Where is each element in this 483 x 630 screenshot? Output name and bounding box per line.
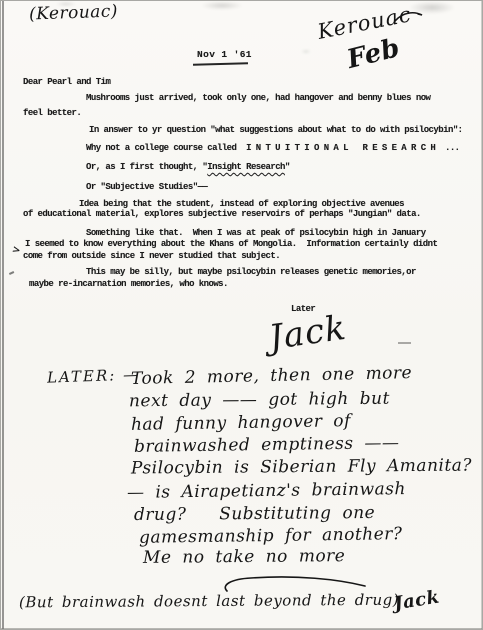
- typed-line: maybe re-incarnation memories, who knows…: [29, 278, 228, 290]
- scan-edge-right: [481, 1, 482, 629]
- postscript-line: brainwashed emptiness ——: [134, 433, 400, 457]
- postscript-line: Took 2 more, then one more: [131, 363, 413, 389]
- typed-line: Or "Subjective Studies"——: [86, 181, 207, 193]
- month-note-handwriting: Feb: [344, 33, 403, 75]
- letter-date: Nov 1 '61: [197, 49, 252, 61]
- pen-tick-mark: [9, 271, 14, 274]
- footnote-signature-handwriting: Jack: [393, 587, 441, 615]
- typed-segment: ": [285, 162, 290, 172]
- typed-line: of educational material, explores subjec…: [23, 208, 421, 220]
- scanned-letter-page: (Kerouac) Kerouac Feb Nov 1 '61 Dear Pea…: [0, 0, 483, 630]
- typed-line: Mushrooms just arrived, took only one, h…: [86, 92, 430, 104]
- scan-smudge: [301, 49, 311, 54]
- typed-line: come from outside since I never studied …: [23, 250, 280, 262]
- typed-line: I seemed to know everything about the Kh…: [25, 238, 437, 250]
- postscript-line: Me no take no more: [143, 546, 345, 568]
- typed-line: This may be silly, but maybe psilocybin …: [86, 266, 416, 278]
- postscript-line: Psilocybin is Siberian Fly Amanita?: [131, 456, 472, 479]
- scan-edge-left: [2, 1, 4, 629]
- postscript-label: LATER: —: [47, 365, 141, 386]
- archive-note-handwriting: (Kerouac): [29, 1, 119, 24]
- typed-line: Or, as I first thought, "Insight Researc…: [86, 161, 290, 173]
- postscript-line: drug? Substituting one: [134, 503, 375, 525]
- margin-mark: >: [11, 244, 22, 257]
- pen-flourish-stroke: [393, 9, 425, 25]
- postscript-line: gamesmanship for another?: [139, 524, 403, 548]
- typed-line: feel better.: [23, 107, 81, 119]
- scan-edge-bottom: [1, 628, 482, 629]
- signature-handwriting: Jack: [267, 308, 349, 358]
- scan-mark: [398, 342, 411, 344]
- footnote-handwriting: (But brainwash doesnt last beyond the dr…: [19, 591, 399, 612]
- typed-line: In answer to yr question "what suggestio…: [89, 124, 463, 136]
- date-underline: [193, 62, 248, 65]
- postscript-line: next day —— got high but: [129, 389, 390, 412]
- typed-segment: Or, as I first thought, ": [86, 162, 207, 172]
- postscript-line: had funny hangover of: [131, 411, 351, 435]
- typed-segment-scribbled: Insight Research: [207, 162, 285, 172]
- scan-smudge: [201, 1, 243, 10]
- typed-line: Why not a college course called I N T U …: [86, 142, 460, 154]
- postscript-line: — is Airapetianz's brainwash: [127, 479, 406, 503]
- salutation: Dear Pearl and Tim: [23, 76, 110, 88]
